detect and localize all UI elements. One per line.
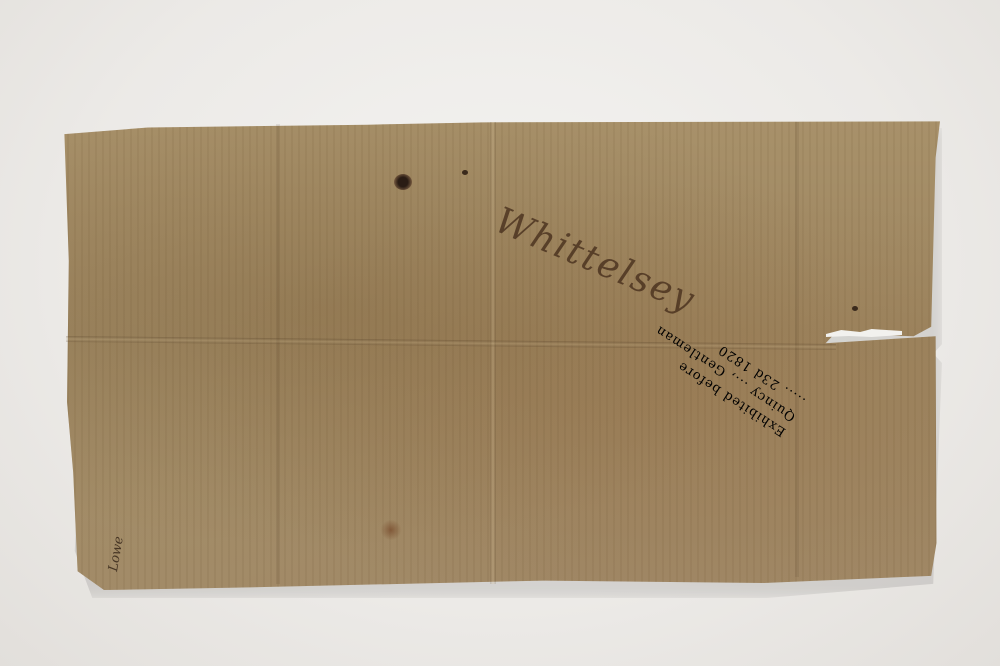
ink-speck	[852, 306, 858, 311]
stain-mark	[380, 520, 402, 540]
document-paper	[60, 120, 940, 590]
burn-hole	[394, 174, 412, 190]
fold-crease-center	[490, 122, 496, 584]
ink-speck	[462, 170, 468, 175]
fold-crease-left	[276, 124, 280, 584]
